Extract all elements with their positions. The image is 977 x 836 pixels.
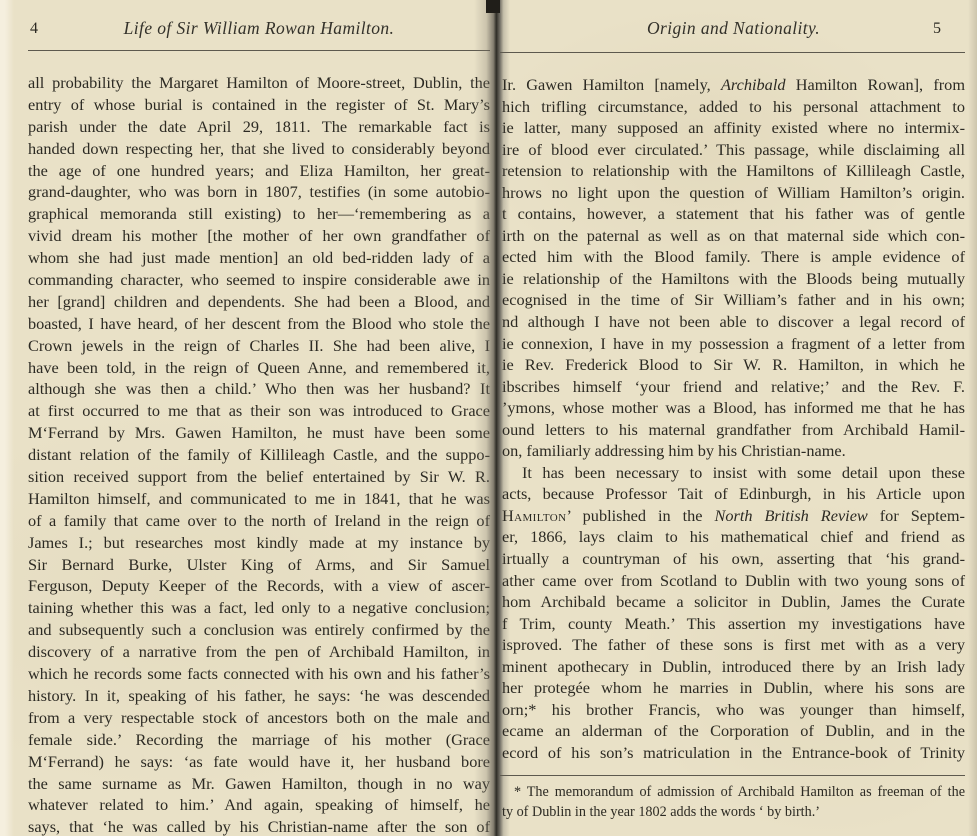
text-line: handed down respecting her, that she liv… (28, 138, 490, 160)
text-line: distant relation of the family of Killil… (28, 444, 490, 466)
text-line: says, that ‘he was called by his Christi… (28, 816, 490, 836)
running-header-right: Origin and Nationality. (502, 18, 965, 39)
text-line: retension to relationship with the Hamil… (502, 160, 965, 182)
text-line: nd although I have not been able to disc… (502, 311, 965, 333)
text-line: ire of blood ever circulated.’ This pass… (502, 139, 965, 161)
running-header-left: Life of Sir William Rowan Hamilton. (28, 18, 490, 39)
text-line: ie Rev. Frederick Blood to Sir W. R. Ham… (502, 354, 965, 376)
text-line: ty of Dublin in the year 1802 adds the w… (502, 803, 965, 823)
page-right-edge-shadow (968, 0, 977, 836)
text-line: hom Archibald became a solicitor in Dubl… (502, 591, 965, 613)
plain-text: Hamilton Rowan], from (785, 75, 965, 94)
text-line: It has been necessary to insist with som… (502, 462, 965, 484)
text-line: ecord of his son’s matriculation in the … (502, 742, 965, 764)
text-line: sition received support from the belief … (28, 466, 490, 488)
text-line: ibscribes himself ‘your friend and relat… (502, 376, 965, 398)
text-line: Ir. Gawen Hamilton [namely, Archibald Ha… (502, 74, 965, 96)
text-line: from a very respectable stock of ancesto… (28, 707, 490, 729)
text-line: M‘Ferrand by Mrs. Gawen Hamilton, he mus… (28, 422, 490, 444)
text-line: the same surname as Mr. Gawen Hamilton, … (28, 773, 490, 795)
text-line: the age of one hundred years; and Eliza … (28, 160, 490, 182)
text-line: of a family that came over to the north … (28, 510, 490, 532)
text-line: all probability the Margaret Hamilton of… (28, 72, 490, 94)
italic-text: Archibald (721, 75, 786, 94)
text-line: Hamilton’ published in the North British… (502, 505, 965, 527)
text-line: her protegée whom he marries in Dublin, … (502, 677, 965, 699)
text-line: * The memorandum of admission of Archiba… (502, 783, 965, 803)
header-rule-left (28, 50, 490, 51)
smallcaps-text: Hamilton (502, 506, 566, 525)
text-line: and subsequently such a conclusion was e… (28, 619, 490, 641)
text-line: isproved. The father of these sons is fi… (502, 634, 965, 656)
text-line: taining whether this was a fact, led onl… (28, 597, 490, 619)
text-line: history. In it, speaking of his father, … (28, 685, 490, 707)
text-line: ected him with the Blood family. There i… (502, 246, 965, 268)
body-text-left: all probability the Margaret Hamilton of… (28, 72, 490, 836)
text-line: hich trifling circumstance, added to his… (502, 96, 965, 118)
text-line: ’ymons, whose mother was a Blood, has in… (502, 397, 965, 419)
text-line: ound letters to his maternal grandfather… (502, 419, 965, 441)
text-line: have been told, in the reign of Queen An… (28, 357, 490, 379)
text-line: irth on the paternal as well as on that … (502, 225, 965, 247)
text-line: James I.; but researches most kindly mad… (28, 532, 490, 554)
text-line: at first occurred to me that as their so… (28, 400, 490, 422)
plain-text: for Septem- (868, 506, 965, 525)
text-line: ecognised in the time of Sir William’s f… (502, 289, 965, 311)
footnote-text: * The memorandum of admission of Archiba… (502, 783, 965, 822)
text-line: female side.’ Recording the marriage of … (28, 729, 490, 751)
text-line: ecame an alderman of the Corporation of … (502, 720, 965, 742)
text-line: Hamilton himself, and communicated to me… (28, 488, 490, 510)
plain-text: ’ published in the (566, 506, 714, 525)
text-line: whatever related to him.’ And again, spe… (28, 794, 490, 816)
text-line: vivid dream his mother [the mother of he… (28, 225, 490, 247)
plain-text: Ir. Gawen Hamilton [namely, (502, 75, 721, 94)
footnote-rule (500, 775, 965, 776)
text-line: er, 1866, lays claim to his mathematical… (502, 526, 965, 548)
text-line: parish under the date April 29, 1811. Th… (28, 116, 490, 138)
text-line: Crown jewels in the reign of Charles II.… (28, 335, 490, 357)
text-line: irtually a countryman of his own, assert… (502, 548, 965, 570)
text-line: t contains, however, a statement that hi… (502, 203, 965, 225)
text-line: graphical memoranda still existing) to h… (28, 203, 490, 225)
body-text-right: Ir. Gawen Hamilton [namely, Archibald Ha… (502, 74, 965, 764)
text-line: boasted, I have heard, of her descent fr… (28, 313, 490, 335)
text-line: ie connexion, I have in my possession a … (502, 333, 965, 355)
text-line: whom she had just made mention] an old b… (28, 247, 490, 269)
text-line: Sir Bernard Burke, Ulster King of Arms, … (28, 554, 490, 576)
text-line: M‘Ferrand) he says: ‘as fate would have … (28, 751, 490, 773)
text-line: minent apothecary in Dublin, introduced … (502, 656, 965, 678)
text-line: which he records some facts connected wi… (28, 663, 490, 685)
text-line: although she was then a child.’ Who then… (28, 378, 490, 400)
text-line: entry of whose burial is contained in th… (28, 94, 490, 116)
text-line: discovery of a narrative from the pen of… (28, 641, 490, 663)
text-line: ie relationship of the Hamiltons with th… (502, 268, 965, 290)
text-line: hrows no light upon the question of Will… (502, 182, 965, 204)
text-line: grand-daughter, who was born in 1807, te… (28, 181, 490, 203)
text-line: acts, because Professor Tait of Edinburg… (502, 483, 965, 505)
text-line: ie latter, many supposed an affinity exi… (502, 117, 965, 139)
text-line: her [grand] children and dependents. She… (28, 291, 490, 313)
page-number-right: 5 (933, 20, 941, 38)
italic-text: North British Review (714, 506, 867, 525)
text-line: commanding character, who seemed to insp… (28, 269, 490, 291)
text-line: on, familiarly addressing him by his Chr… (502, 440, 965, 462)
text-line: Ferguson, Deputy Keeper of the Records, … (28, 575, 490, 597)
book-scan: 4 Life of Sir William Rowan Hamilton. al… (0, 0, 977, 836)
text-line: orn;* his brother Francis, who was young… (502, 699, 965, 721)
page-left-edge-highlight (0, 0, 14, 836)
text-line: f Trim, county Meath.’ This assertion my… (502, 613, 965, 635)
text-line: ather came over from Scotland to Dublin … (502, 570, 965, 592)
header-rule-right (500, 52, 965, 53)
